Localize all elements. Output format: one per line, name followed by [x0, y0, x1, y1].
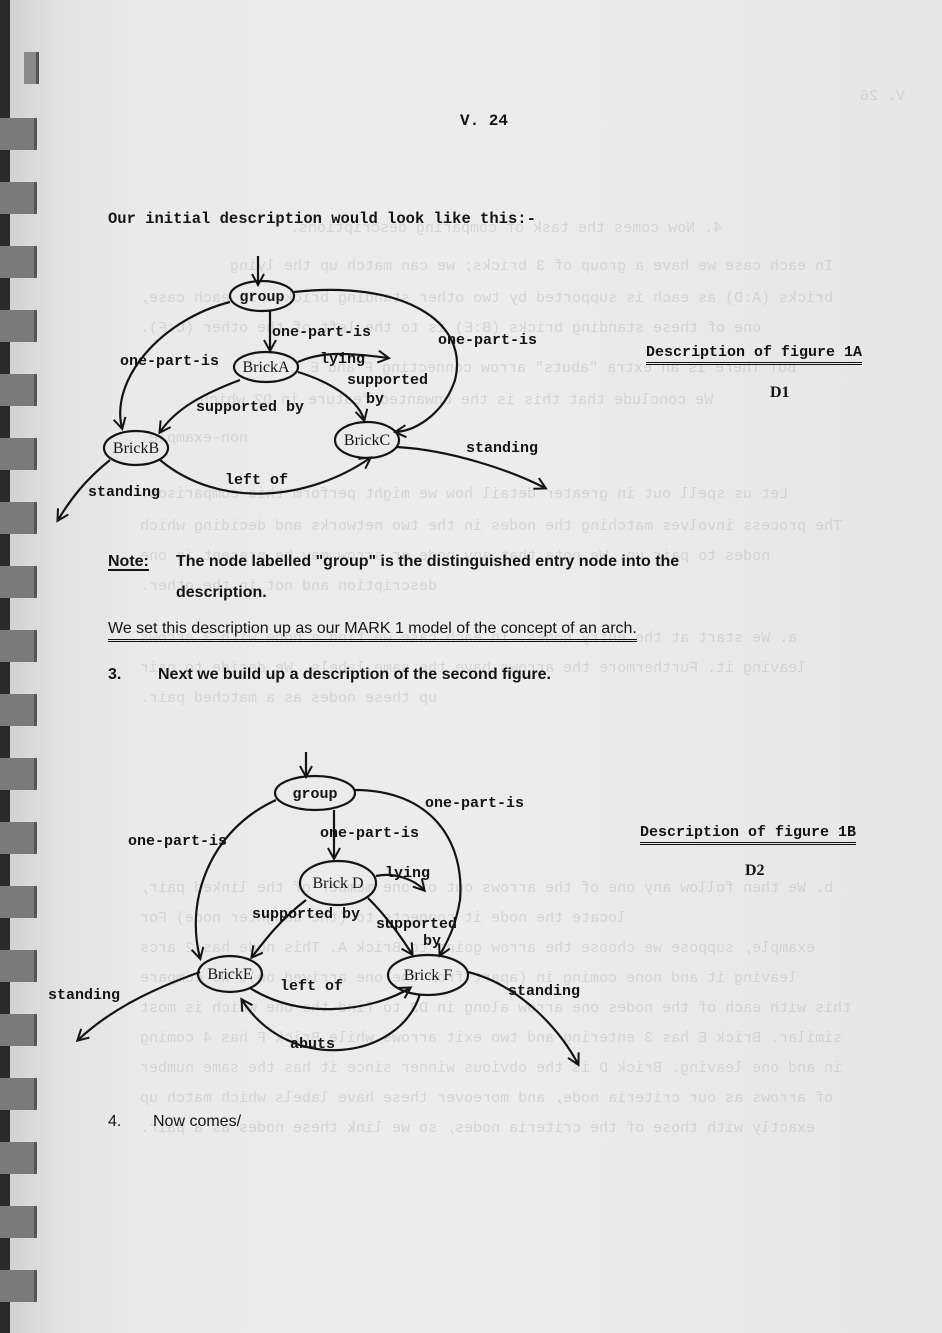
- node-label-group-1b: group: [292, 786, 337, 803]
- edge-label-b-standing: standing: [88, 484, 160, 501]
- node-label-brick-d: Brick D: [312, 875, 363, 892]
- node-label-group-1a: group: [239, 289, 284, 306]
- edge-label-a-b: supported by: [196, 399, 304, 416]
- edge-label-group-c: one-part-is: [438, 332, 537, 349]
- node-label-brick-a: BrickA: [242, 359, 290, 376]
- edge-label-group-a: one-part-is: [272, 324, 371, 341]
- edge-label-d-lying: lying: [385, 865, 430, 882]
- edge-label-c-standing: standing: [466, 440, 538, 457]
- edge-label-group-d: one-part-is: [320, 825, 419, 842]
- node-label-brick-f: Brick F: [404, 967, 453, 984]
- edge-label-a-c-2: by: [366, 391, 384, 408]
- edge-label-group-e: one-part-is: [128, 833, 227, 850]
- edge-label-d-e: supported by: [252, 906, 360, 923]
- edge-label-f-e: abuts: [290, 1036, 335, 1053]
- figure-1a-diagram: [58, 256, 545, 520]
- edge-label-f-standing: standing: [508, 983, 580, 1000]
- edge-label-a-lying: lying: [320, 351, 365, 368]
- edge-label-group-f: one-part-is: [425, 795, 524, 812]
- node-label-brick-b: BrickB: [113, 440, 159, 457]
- semantic-network-diagrams: group BrickA BrickB BrickC one-part-is o…: [0, 0, 942, 1333]
- edge-label-group-b: one-part-is: [120, 353, 219, 370]
- edge-label-e-f: left of: [280, 978, 343, 995]
- edge-label-a-c-1: supported: [347, 372, 428, 389]
- edge-label-d-f-1: supported: [376, 916, 457, 933]
- node-label-brick-c: BrickC: [344, 432, 390, 449]
- edge-label-e-standing: standing: [48, 987, 120, 1004]
- edge-label-b-c: left of: [225, 472, 288, 489]
- edge-label-d-f-2: by: [423, 933, 441, 950]
- node-label-brick-e: BrickE: [207, 966, 252, 983]
